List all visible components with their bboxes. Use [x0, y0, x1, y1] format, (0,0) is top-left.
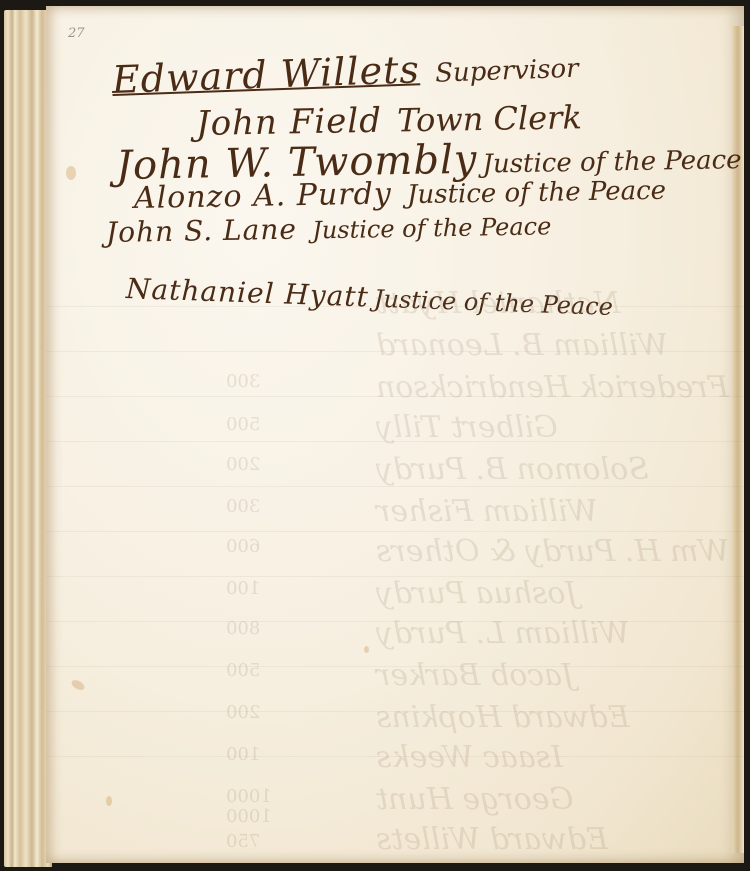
bleed-through-amount: 100	[226, 744, 260, 765]
bleed-through-row: Nathaniel Hyatt	[376, 286, 620, 321]
bleed-through-row: William L. Purdy	[376, 616, 630, 651]
page-number: 27	[68, 26, 85, 41]
entry-name: Alonzo A. Purdy	[134, 177, 392, 216]
bleed-through-amount: 100	[226, 578, 260, 599]
bleed-through-row: Joshua Purdy	[376, 576, 578, 611]
bleed-through-row: Jacob Barker	[376, 658, 574, 693]
entry-name: Edward Willets	[111, 47, 420, 102]
entry-title: Town Clerk	[397, 98, 582, 139]
bleed-through-row: Frederick Hendrickson	[376, 370, 728, 405]
bleed-through-row: George Hunt	[376, 782, 573, 817]
entry-name: John S. Lane	[106, 213, 297, 249]
entry-title: Justice of the Peace	[312, 212, 552, 244]
foxing-stain	[364, 646, 369, 653]
bleed-through-amount: 500	[226, 660, 260, 681]
bleed-through-row: Edward Willets	[376, 822, 608, 857]
foxing-stain	[66, 166, 76, 180]
bleed-through-row: Isaac Weeks	[376, 740, 563, 775]
entry-title: Supervisor	[435, 54, 579, 89]
entry-supervisor: Edward Willets Supervisor	[111, 42, 579, 102]
bleed-through-row: Wm H. Purdy & Others	[376, 534, 729, 569]
foxing-stain	[70, 678, 86, 692]
bleed-through-amount: 800	[226, 618, 260, 639]
bleed-through-amount: 200	[226, 702, 260, 723]
page-stack-edges	[4, 10, 52, 867]
bleed-through-amount: 750	[226, 831, 260, 852]
entry-title: Justice of the Peace	[407, 176, 667, 211]
entry-name: John Field	[196, 101, 383, 144]
bleed-through-row: William B. Leonard	[376, 328, 668, 363]
bleed-through-amount: 300	[226, 496, 260, 517]
faint-rule	[46, 531, 744, 532]
foxing-stain	[106, 796, 112, 806]
entry-name: Nathaniel Hyatt	[125, 272, 369, 313]
bleed-through-amount: 600	[226, 536, 260, 557]
bleed-through-amount: 1000	[226, 806, 272, 827]
bleed-through-row: Edward Hopkins	[376, 700, 630, 735]
entry-justice-3: John S. Lane Justice of the Peace	[106, 208, 552, 249]
bleed-through-row: Solomon B. Purdy	[376, 452, 649, 487]
bleed-through-row: Gilbert Tilly	[376, 410, 558, 445]
bleed-through-amount: 500	[226, 414, 260, 435]
bleed-through-amount: 1000	[226, 786, 272, 807]
bleed-through-amount: 200	[226, 454, 260, 475]
ledger-page: 27 Edward Willets Supervisor John Field …	[46, 6, 744, 863]
bleed-through-amount: 300	[226, 371, 260, 392]
bleed-through-row: William Fisher	[376, 494, 598, 529]
book-scan: 27 Edward Willets Supervisor John Field …	[0, 0, 750, 871]
